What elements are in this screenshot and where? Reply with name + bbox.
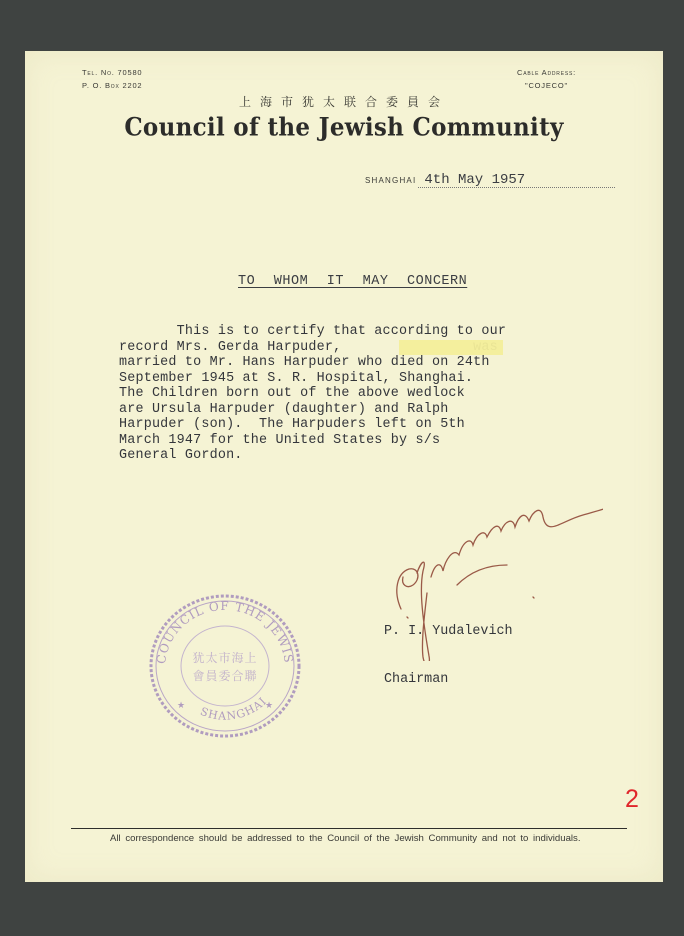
dateline-date: 4th May 1957 [418, 173, 615, 188]
dateline: SHANGHAI 4th May 1957 [365, 173, 615, 188]
svg-text:SHANGHAI: SHANGHAI [198, 694, 269, 722]
signatory-block: P. I. Yudalevich Chairman [384, 592, 513, 720]
redaction-highlight [399, 340, 503, 355]
page-number: 2 [625, 785, 639, 814]
signatory-name: P. I. Yudalevich [384, 624, 513, 640]
svg-text:★: ★ [177, 700, 185, 710]
footer-note: All correspondence should be addressed t… [110, 832, 610, 846]
organization-title: Council of the Jewish Community [25, 113, 663, 142]
svg-text:犹太市海上: 犹太市海上 [192, 650, 257, 665]
dateline-city: SHANGHAI [365, 176, 416, 185]
letter-heading: TO WHOM IT MAY CONCERN [238, 274, 467, 289]
letterhead-cable: Cable Address: "COJECO" [517, 66, 576, 92]
signatory-title: Chairman [384, 672, 513, 688]
community-seal-stamp: COUNCIL OF THE JEWISH COMMUNITY SHANGHAI… [145, 590, 305, 740]
footer-divider [71, 828, 627, 829]
letter-page: Tel. No. 70580 P. O. Box 2202 Cable Addr… [25, 51, 663, 882]
cable-address-label: Cable Address: [517, 66, 576, 79]
svg-text:★: ★ [265, 700, 273, 710]
svg-text:會員委合聯: 會員委合聯 [192, 668, 257, 683]
telephone-number: Tel. No. 70580 [82, 66, 142, 79]
cable-address-value: "COJECO" [517, 79, 576, 92]
po-box: P. O. Box 2202 [82, 79, 142, 92]
letterhead-contact: Tel. No. 70580 P. O. Box 2202 [82, 66, 142, 92]
chinese-organization-name: 上海市犹太联合委員会 [25, 93, 663, 110]
letter-body: This is to certify that according to our… [119, 324, 599, 464]
